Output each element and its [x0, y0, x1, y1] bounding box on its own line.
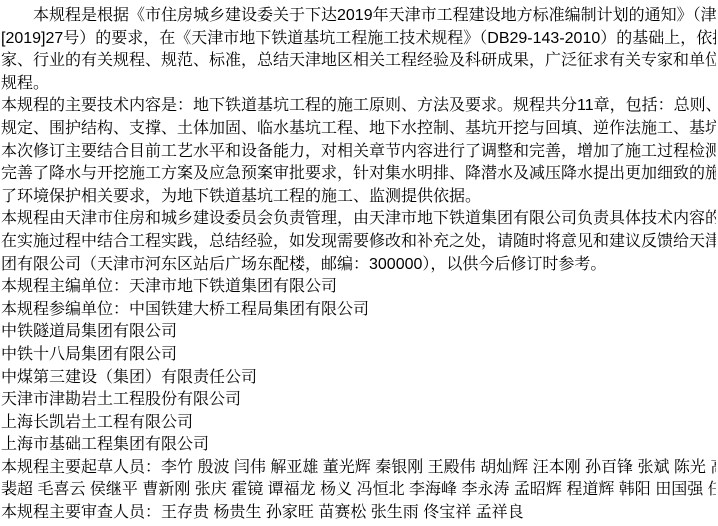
document-line: 上海市基础工程集团有限公司 [1, 434, 716, 457]
document-line: 团有限公司（天津市河东区站后广场东配楼，邮编：300000），以供今后修订时参考… [1, 254, 716, 277]
document-line: 在实施过程中结合工程实践，总结经验，如发现需要修改和补充之处，请随时将意见和建议… [1, 231, 716, 254]
document-line: 本次修订主要结合目前工艺水平和设备能力，对相关章节内容进行了调整和完善，增加了施… [1, 141, 716, 164]
document-line: [2019]27号）的要求，在《天津市地下铁道基坑工程施工技术规程》（DB29-… [1, 28, 716, 51]
document-line: 天津市津勘岩土工程股份有限公司 [1, 389, 716, 412]
document-line: 本规程由天津市住房和城乡建设委员会负责管理，由天津市地下铁道集团有限公司负责具体… [1, 208, 716, 231]
document-line: 规程。 [1, 73, 716, 96]
document-line: 本规程参编单位：中国铁建大桥工程局集团有限公司 [1, 299, 716, 322]
document-page: 本规程是根据《市住房城乡建设委关于下达2019年天津市工程建设地方标准编制计划的… [0, 0, 718, 526]
document-line: 本规程主要审查人员：王存贵 杨贵生 孙家旺 苗赛松 张生雨 佟宝祥 孟祥良 [1, 502, 716, 525]
document-line: 本规程主编单位：天津市地下铁道集团有限公司 [1, 276, 716, 299]
document-line: 规定、围护结构、支撑、土体加固、临水基坑工程、地下水控制、基坑开挖与回填、逆作法… [1, 118, 716, 141]
document-body: 本规程是根据《市住房城乡建设委关于下达2019年天津市工程建设地方标准编制计划的… [0, 0, 718, 525]
document-line: 本规程是根据《市住房城乡建设委关于下达2019年天津市工程建设地方标准编制计划的… [1, 5, 716, 28]
document-line: 中铁十八局集团有限公司 [1, 344, 716, 367]
document-line: 裴超 毛喜云 侯继平 曹新刚 张庆 霍镜 谭福龙 杨义 冯恒北 李海峰 李永涛 … [1, 479, 716, 502]
document-line: 中煤第三建设（集团）有限责任公司 [1, 367, 716, 390]
document-line: 完善了降水与开挖施工方案及应急预案审批要求，针对集水明排、降潜水及减压降水提出更… [1, 163, 716, 186]
document-line: 本规程主要起草人员：李竹 殷波 闫伟 解亚雄 董光辉 秦银刚 王殿伟 胡灿辉 汪… [1, 457, 716, 480]
document-line: 本规程的主要技术内容是：地下铁道基坑工程的施工原则、方法及要求。规程共分11章，… [1, 95, 716, 118]
document-line: 上海长凯岩土工程有限公司 [1, 412, 716, 435]
document-line: 中铁隧道局集团有限公司 [1, 321, 716, 344]
document-line: 了环境保护相关要求，为地下铁道基坑工程的施工、监测提供依据。 [1, 186, 716, 209]
document-line: 家、行业的有关规程、规范、标准，总结天津地区相关工程经验及科研成果，广泛征求有关… [1, 50, 716, 73]
